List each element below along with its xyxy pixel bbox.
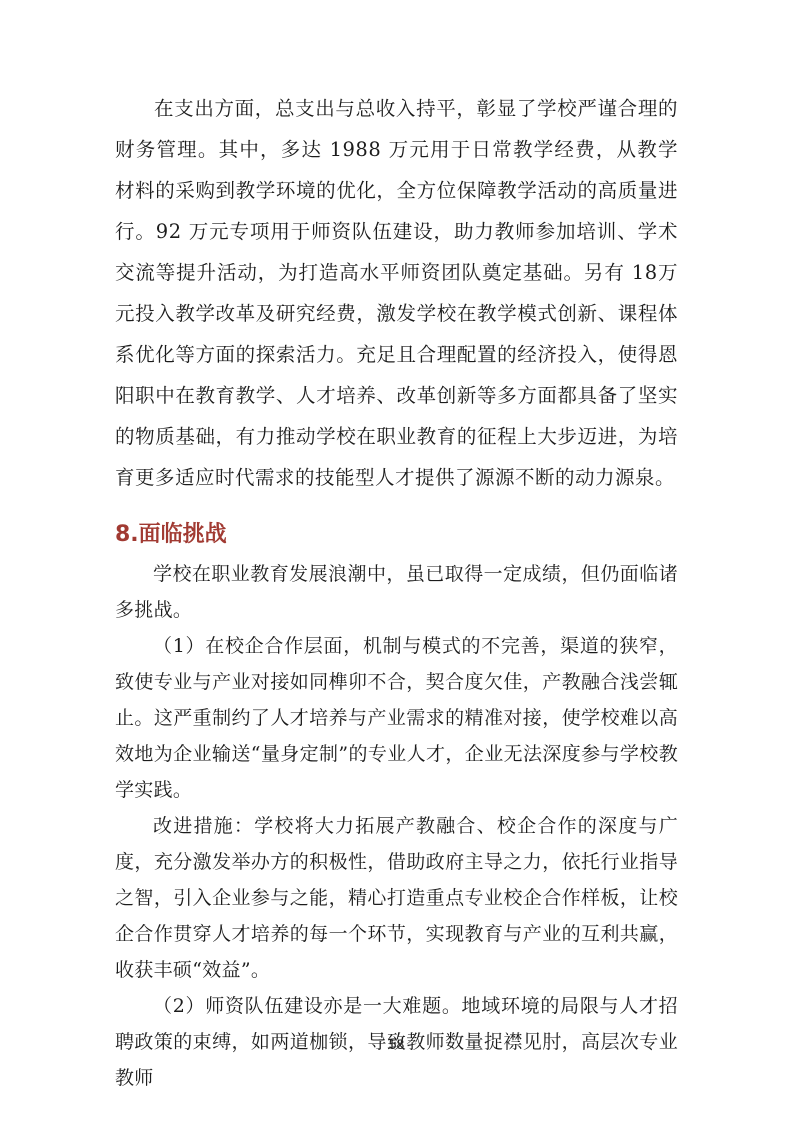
document-page: 在支出方面，总支出与总收入持平，彰显了学校严谨合理的财务管理。其中，多达 198… bbox=[0, 0, 793, 1122]
section-heading: 8.面临挑战 bbox=[115, 520, 678, 550]
section-paragraph-improvement: 改进措施：学校将大力拓展产教融合、校企合作的深度与广度，充分激发举办方的积极性，… bbox=[115, 808, 678, 988]
page-number: 58 bbox=[0, 1036, 793, 1052]
intro-paragraph: 在支出方面，总支出与总收入持平，彰显了学校严谨合理的财务管理。其中，多达 198… bbox=[115, 88, 678, 498]
section-paragraph-overview: 学校在职业教育发展浪潮中，虽已取得一定成绩，但仍面临诸多挑战。 bbox=[115, 556, 678, 628]
section-paragraph-challenge-1: （1）在校企合作层面，机制与模式的不完善，渠道的狭窄，致使专业与产业对接如同榫卯… bbox=[115, 628, 678, 808]
document-content: 在支出方面，总支出与总收入持平，彰显了学校严谨合理的财务管理。其中，多达 198… bbox=[115, 88, 678, 1096]
